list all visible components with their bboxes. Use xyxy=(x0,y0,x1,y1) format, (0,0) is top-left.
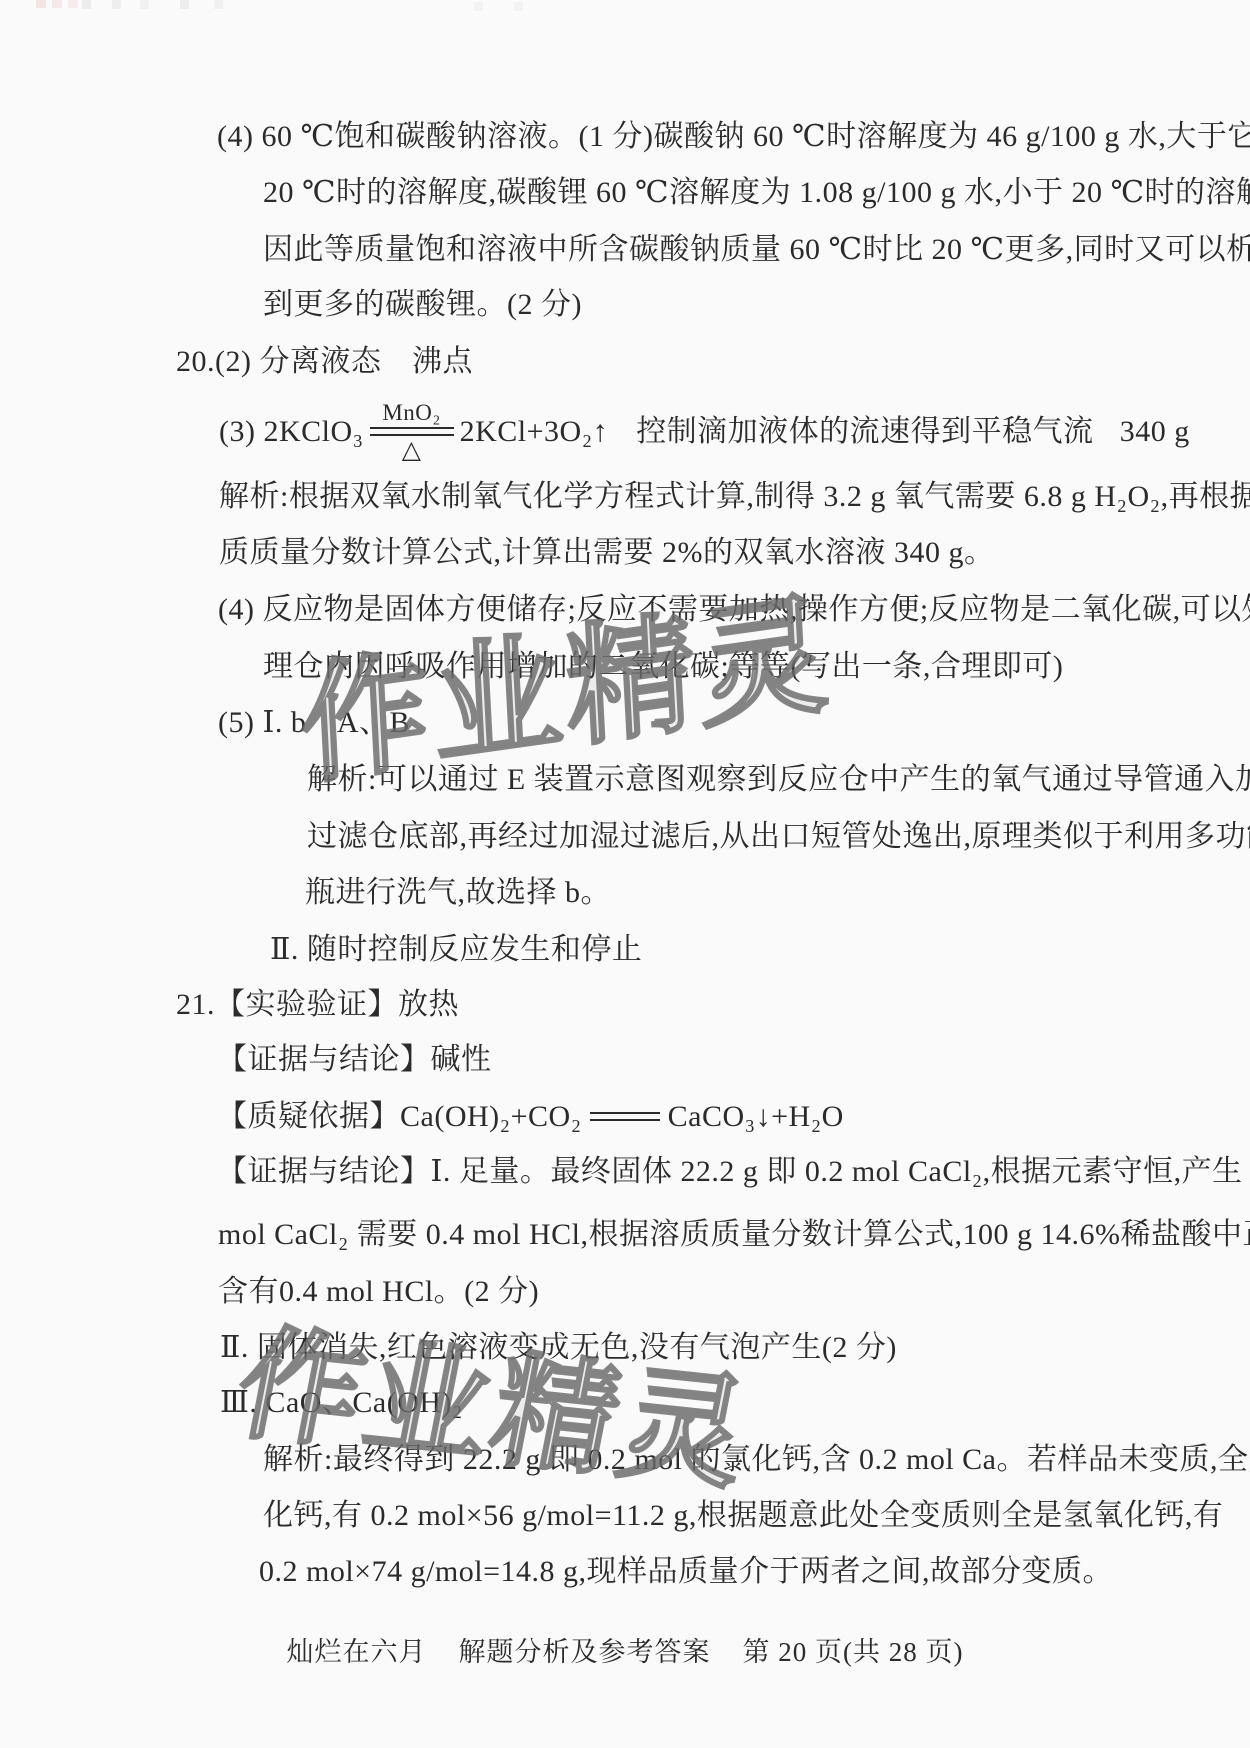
q21-analysis-line1: 解析:最终得到 22.2 g 即 0.2 mol 的氯化钙,含 0.2 mol … xyxy=(263,1439,1250,1481)
doubt-equation-left: 【质疑依据】Ca(OH)₂+CO₂ xyxy=(217,1100,582,1133)
q19-4-line2: 20 ℃时的溶解度,碳酸锂 60 ℃溶解度为 1.08 g/100 g 水,小于… xyxy=(263,172,1250,214)
equation-condition-stack: MnO₂ △ xyxy=(370,401,454,463)
q19-4-line4: 到更多的碳酸锂。(2 分) xyxy=(263,284,582,326)
double-bond-line xyxy=(370,427,454,436)
q20-3-equation: (3) 2KClO₃ MnO₂ △ 2KCl+3O₂↑ 控制滴加液体的流速得到平… xyxy=(219,387,1190,477)
q21-iii-answer: Ⅲ. CaO、Ca(OH)₂ xyxy=(220,1382,463,1424)
footer-section-title: 解题分析及参考答案 xyxy=(459,1637,711,1667)
clipped-edge-marks xyxy=(82,0,91,9)
double-bond-line xyxy=(590,1112,660,1121)
q21-evidence2-line1: 【证据与结论】Ⅰ. 足量。最终固体 22.2 g 即 0.2 mol CaCl₂… xyxy=(217,1151,1250,1193)
footer-page-number: 第 20 页(共 28 页) xyxy=(743,1637,964,1667)
q21-analysis-line3: 0.2 mol×74 g/mol=14.8 g,现样品质量介于两者之间,故部分变… xyxy=(259,1551,1113,1593)
q20-4-line2: 理仓内因呼吸作用增加的二氧化碳;等等(写出一条,合理即可) xyxy=(263,646,1063,688)
page-footer: 灿烂在六月解题分析及参考答案第 20 页(共 28 页) xyxy=(0,1630,1250,1669)
doubt-equation-right: CaCO₃↓+H₂O xyxy=(668,1100,844,1133)
equation-catalyst: MnO₂ xyxy=(382,401,441,424)
q20-3-mass: 340 g xyxy=(1120,411,1190,453)
q20-4-line1: (4) 反应物是固体方便储存;反应不需要加热,操作方便;反应物是二氧化碳,可以处 xyxy=(218,589,1250,631)
q21-evidence2-line3: 含有0.4 mol HCl。(2 分) xyxy=(218,1271,539,1313)
q21-experiment-answer: 21.【实验验证】放热 xyxy=(176,984,459,1026)
clipped-edge-red-marks xyxy=(36,0,46,8)
answer-sheet-page: (4) 60 ℃饱和碳酸钠溶液。(1 分)碳酸钠 60 ℃时溶解度为 46 g/… xyxy=(0,0,1250,1748)
q20-3-note: 控制滴加液体的流速得到平稳气流 xyxy=(636,411,1094,453)
q19-4-line1: (4) 60 ℃饱和碳酸钠溶液。(1 分)碳酸钠 60 ℃时溶解度为 46 g/… xyxy=(217,116,1250,158)
footer-book-title: 灿烂在六月 xyxy=(287,1637,427,1667)
q21-analysis-line2: 化钙,有 0.2 mol×56 g/mol=11.2 g,根据题意此处全变质则全… xyxy=(263,1495,1223,1537)
q21-evidence2-line2: mol CaCl₂ 需要 0.4 mol HCl,根据溶质质量分数计算公式,10… xyxy=(218,1214,1250,1256)
q20-5-ii-answer: Ⅱ. 随时控制反应发生和停止 xyxy=(270,929,642,971)
q20-5-analysis-line1: 解析:可以通过 E 装置示意图观察到反应仓中产生的氧气通过导管通入加湿 xyxy=(307,759,1250,801)
q20-2-answer: 20.(2) 分离液态 沸点 xyxy=(176,341,473,383)
q20-5-answer: (5) Ⅰ. b A、B xyxy=(218,702,410,744)
q21-evidence1-answer: 【证据与结论】碱性 xyxy=(217,1039,492,1081)
q20-3-analysis-line1: 解析:根据双氧水制氧气化学方程式计算,制得 3.2 g 氧气需要 6.8 g H… xyxy=(219,476,1250,518)
equation-products: 2KCl+3O₂↑ xyxy=(460,411,609,453)
q21-ii-answer: Ⅱ. 固体消失,红色溶液变成无色,没有气泡产生(2 分) xyxy=(220,1327,897,1369)
q20-5-analysis-line3: 瓶进行洗气,故选择 b。 xyxy=(305,872,611,914)
q19-4-line3: 因此等质量饱和溶液中所含碳酸钠质量 60 ℃时比 20 ℃更多,同时又可以析出得 xyxy=(263,229,1250,271)
q21-doubt-equation: 【质疑依据】Ca(OH)₂+CO₂CaCO₃↓+H₂O xyxy=(217,1096,844,1138)
equation-heat-triangle: △ xyxy=(402,438,422,463)
q20-5-analysis-line2: 过滤仓底部,再经过加湿过滤后,从出口短管处逸出,原理类似于利用多功能 xyxy=(307,816,1250,858)
q20-3-analysis-line2: 质质量分数计算公式,计算出需要 2%的双氧水溶液 340 g。 xyxy=(219,532,995,574)
equation-reactant: (3) 2KClO₃ xyxy=(219,411,364,453)
